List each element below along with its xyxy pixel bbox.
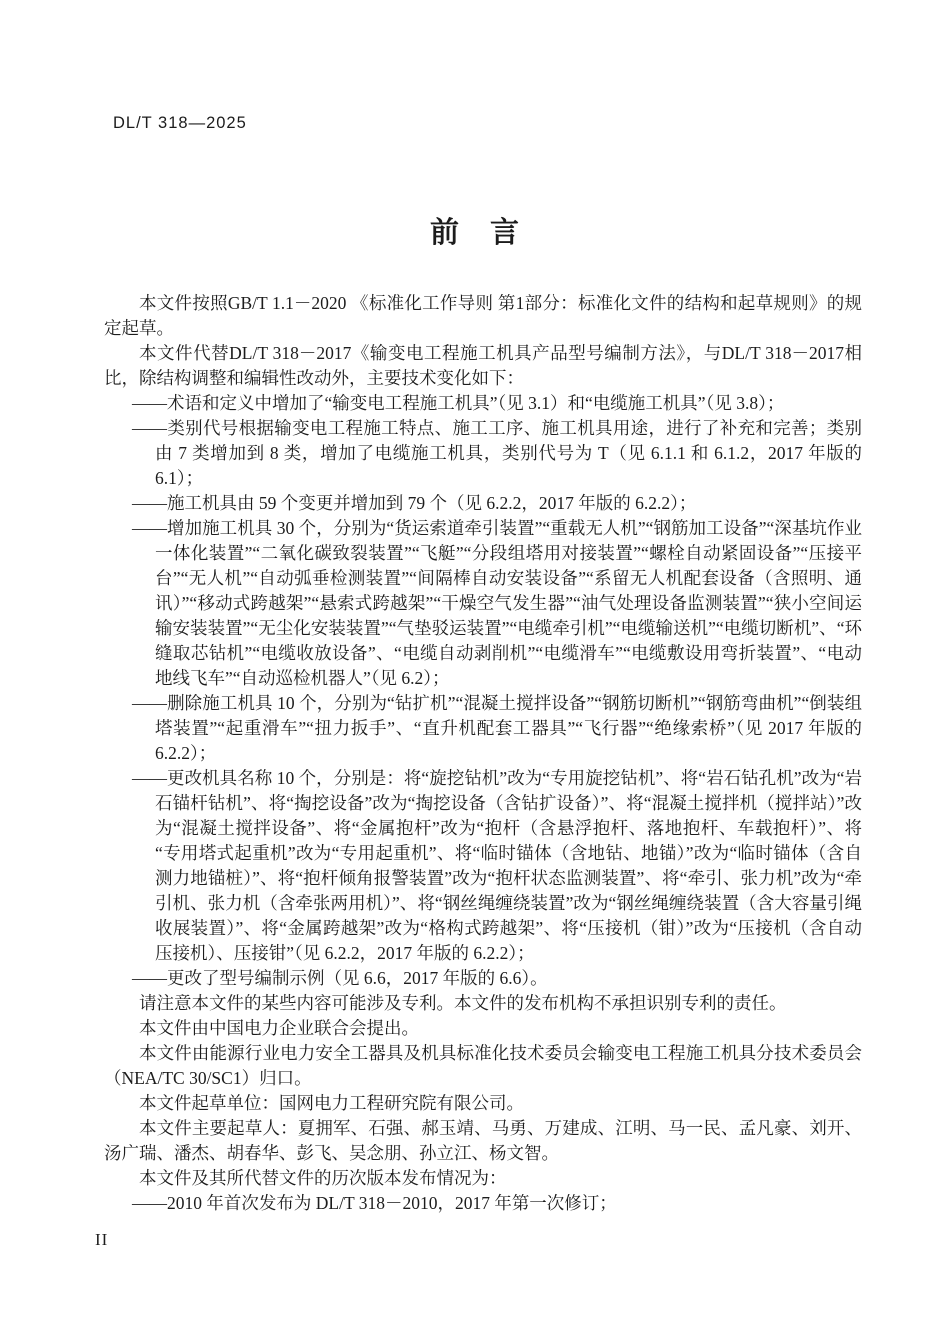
paragraph: 本文件起草单位：国网电力工程研究院有限公司。 bbox=[104, 1091, 862, 1116]
foreword-content: 本文件按照GB/T 1.1－2020 《标准化工作导则 第1部分：标准化文件的结… bbox=[104, 291, 862, 1216]
change-list-item: ——施工机具由 59 个变更并增加到 79 个（见 6.2.2，2017 年版的… bbox=[104, 491, 862, 516]
change-list-item: ——术语和定义中增加了“输变电工程施工机具”（见 3.1）和“电缆施工机具”（见… bbox=[104, 391, 862, 416]
page-title: 前 言 bbox=[0, 210, 950, 251]
paragraph: 本文件主要起草人：夏拥军、石强、郝玉靖、马勇、万建成、江明、马一民、孟凡豪、刘开… bbox=[104, 1116, 862, 1166]
change-list-item: ——增加施工机具 30 个，分别为“货运索道牵引装置”“重载无人机”“钢筋加工设… bbox=[104, 516, 862, 691]
paragraph: 请注意本文件的某些内容可能涉及专利。本文件的发布机构不承担识别专利的责任。 bbox=[104, 991, 862, 1016]
paragraph: 本文件由能源行业电力安全工器具及机具标准化技术委员会输变电工程施工机具分技术委员… bbox=[104, 1041, 862, 1091]
change-list-item: ——删除施工机具 10 个，分别为“钻扩机”“混凝土搅拌设备”“钢筋切断机”“钢… bbox=[104, 691, 862, 766]
change-list-item: ——更改了型号编制示例（见 6.6，2017 年版的 6.6）。 bbox=[104, 966, 862, 991]
paragraph: 本文件及其所代替文件的历次版本发布情况为： bbox=[104, 1166, 862, 1191]
paragraph: 本文件按照GB/T 1.1－2020 《标准化工作导则 第1部分：标准化文件的结… bbox=[104, 291, 862, 341]
page-number: II bbox=[95, 1230, 108, 1250]
paragraph: 本文件代替DL/T 318－2017《输变电工程施工机具产品型号编制方法》，与D… bbox=[104, 341, 862, 391]
document-page: { "document": { "code": "DL/T 318—2025",… bbox=[0, 0, 950, 1344]
paragraph: 本文件由中国电力企业联合会提出。 bbox=[104, 1016, 862, 1041]
standard-code: DL/T 318—2025 bbox=[113, 114, 247, 133]
change-list-item: ——2010 年首次发布为 DL/T 318－2010，2017 年第一次修订； bbox=[104, 1191, 862, 1216]
change-list-item: ——更改机具名称 10 个，分别是：将“旋挖钻机”改为“专用旋挖钻机”、将“岩石… bbox=[104, 766, 862, 966]
change-list-item: ——类别代号根据输变电工程施工特点、施工工序、施工机具用途，进行了补充和完善；类… bbox=[104, 416, 862, 491]
